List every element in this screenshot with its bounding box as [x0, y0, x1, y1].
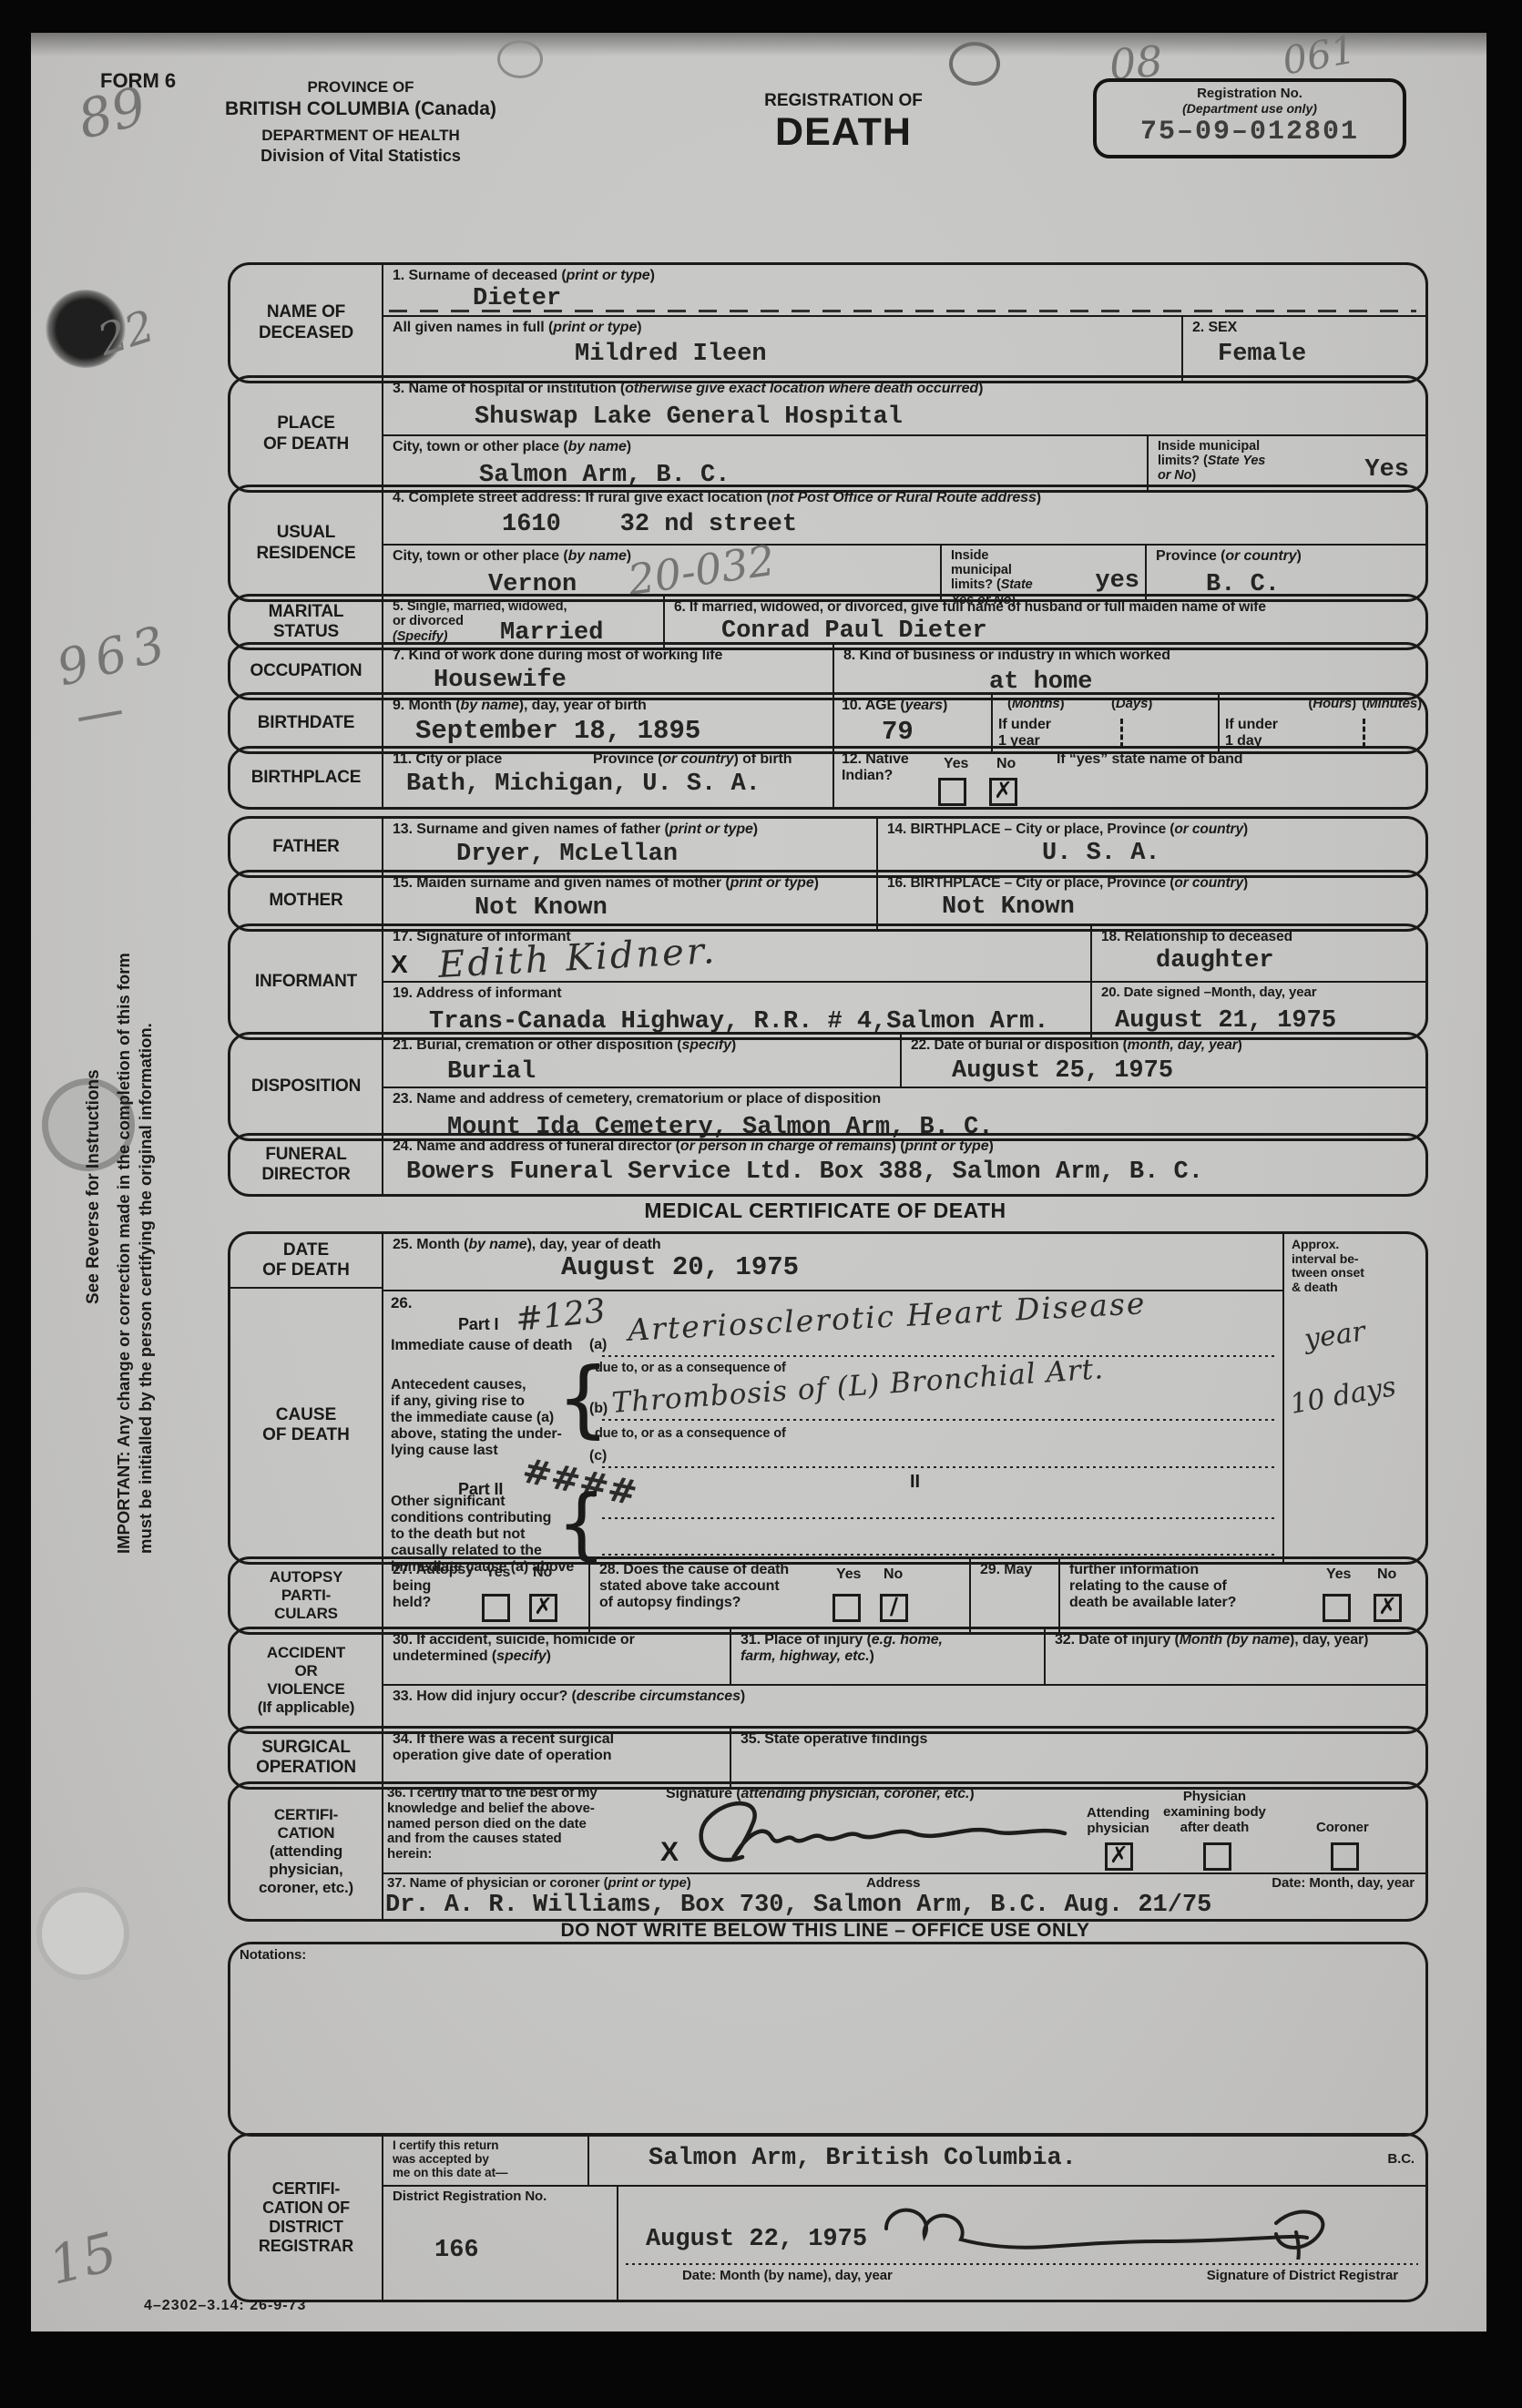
date-of-death-value: August 20, 1975: [561, 1254, 799, 1281]
date-of-death-label: 25. Month (by name), day, year of death: [393, 1237, 661, 1252]
field-province: Province (or country) B. C.: [1145, 546, 1425, 599]
date-signed-value: August 21, 1975: [1115, 1008, 1420, 1034]
if-under-day: If under 1 day: [1225, 717, 1420, 750]
municipal-limits-label: Inside municipal limits? (State Yes or N…: [1158, 439, 1272, 484]
dotted-line-part2b: [602, 1554, 1274, 1556]
date-signed-label: 20. Date signed –Month, day, year: [1101, 985, 1420, 1001]
side-label-disposition: DISPOSITION: [230, 1035, 383, 1138]
registrar-signature: [864, 2189, 1374, 2260]
section-funeral-director: FUNERAL DIRECTOR 24. Name and address of…: [228, 1133, 1428, 1197]
if-under-year: If under 1 year: [998, 717, 1212, 750]
side-label-father: FATHER: [230, 819, 383, 875]
age-value: 79: [882, 719, 914, 746]
side-label-funeral: FUNERAL DIRECTOR: [230, 1136, 383, 1194]
injury-date-label: 32. Date of injury (Month (by name), day…: [1055, 1632, 1420, 1648]
physician-signature: [688, 1793, 1079, 1870]
dashed-divider: [1363, 719, 1365, 748]
industry-label: 8. Kind of business or industry in which…: [843, 648, 1420, 664]
punch-hole-top-left: [497, 40, 543, 78]
section-usual-residence: USUAL RESIDENCE 4. Complete street addre…: [228, 485, 1428, 602]
field-date-signed: 20. Date signed –Month, day, year August…: [1090, 983, 1425, 1037]
checkbox-mark: ✗: [1109, 1842, 1129, 1868]
surname-value: Dieter: [473, 286, 1420, 311]
funeral-director-label: 24. Name and address of funeral director…: [393, 1138, 1420, 1155]
date-label: Date: Month, day, year: [1272, 1876, 1415, 1892]
days-header: (Days): [1111, 697, 1152, 712]
field-cause-of-death: 26. Part I #123 Immediate cause of death…: [383, 1291, 1282, 1562]
form-code: 4–2302–3.14: 26-9-73: [144, 2298, 306, 2314]
checkbox-mark: ∕: [890, 1593, 898, 1619]
dotted-line-b: [602, 1419, 1274, 1421]
dashed-divider: [1120, 719, 1123, 748]
field-accident-type: 30. If accident, suicide, homicide or un…: [383, 1629, 730, 1684]
municipal-limits-value: Yes: [1364, 457, 1409, 483]
birthplace-label: 11. City or place: [393, 751, 502, 767]
field-burial-date: 22. Date of burial or disposition (month…: [900, 1035, 1425, 1087]
punch-hole-top-right: [949, 42, 1000, 86]
field-autopsy-held: 27. Autopsy being held? Yes No ✗: [383, 1559, 588, 1632]
field-operation-date: 34. If there was a recent surgical opera…: [383, 1729, 730, 1787]
immediate-cause-handwritten: Arteriosclerotic Heart Disease: [627, 1285, 1147, 1348]
side-label-birthdate: BIRTHDATE: [230, 695, 383, 751]
cemetery-label: 23. Name and address of cemetery, cremat…: [393, 1091, 1420, 1107]
notations-box: Notations:: [230, 1944, 1425, 2134]
field-injury-place: 31. Place of injury (e.g. home, farm, hi…: [730, 1629, 1044, 1684]
father-label: 13. Surname and given names of father (p…: [393, 821, 871, 838]
registrar-date-label: Date: Month (by name), day, year: [682, 2269, 893, 2284]
yes-label: Yes: [485, 1565, 510, 1581]
side-label-accident: ACCIDENT OR VIOLENCE (If applicable): [230, 1629, 383, 1731]
signature-x: X: [660, 1837, 679, 1868]
field-mother-name: 15. Maiden surname and given names of mo…: [383, 872, 876, 929]
section-medical-certificate: DATE OF DEATH CAUSE OF DEATH 25. Month (…: [228, 1231, 1428, 1565]
checkbox-mark: ✗: [994, 777, 1013, 803]
due-to-1: due to, or as a consequence of: [595, 1361, 786, 1375]
no-label: No: [884, 1566, 903, 1583]
field-mother-birthplace: 16. BIRTHPLACE – City or place, Province…: [876, 872, 1425, 929]
no-label: No: [996, 756, 1016, 772]
province-of: PROVINCE OF: [208, 78, 514, 97]
band-label: If “yes” state name of band: [1057, 751, 1242, 768]
accepted-place-value: Salmon Arm, British Columbia.: [649, 2146, 1420, 2171]
field-relationship: 18. Relationship to deceased daughter: [1090, 926, 1425, 981]
industry-value: at home: [989, 669, 1420, 695]
province-name: BRITISH COLUMBIA (Canada): [208, 98, 514, 120]
immediate-cause-label: Immediate cause of death: [391, 1337, 572, 1353]
sex-label: 2. SEX: [1192, 320, 1420, 336]
field-informant-address: 19. Address of informant Trans-Canada Hi…: [383, 983, 1425, 1037]
coroner-checkbox: [1331, 1842, 1359, 1871]
section-surgical-operation: SURGICAL OPERATION 34. If there was a re…: [228, 1726, 1428, 1790]
section-mother: MOTHER 15. Maiden surname and given name…: [228, 870, 1428, 932]
age-label: 10. AGE (years): [842, 698, 947, 713]
field-hospital: 3. Name of hospital or institution (othe…: [383, 378, 1425, 436]
birthdate-value: September 18, 1895: [415, 718, 827, 745]
burial-date-value: August 25, 1975: [952, 1058, 1420, 1084]
birthplace-value: Bath, Michigan, U. S. A.: [406, 771, 827, 797]
checkbox-mark: ✗: [534, 1593, 553, 1619]
yes-label: Yes: [1326, 1566, 1351, 1583]
registration-of: REGISTRATION OF: [742, 91, 945, 111]
autopsy-yes-checkbox: [482, 1594, 510, 1622]
mother-birthplace-value: Not Known: [942, 894, 1420, 920]
scanned-death-registration: FORM 6 89 PROVINCE OF BRITISH COLUMBIA (…: [0, 0, 1522, 2408]
occupation-value: Housewife: [434, 668, 827, 693]
injury-place-label: 31. Place of injury (e.g. home, farm, hi…: [741, 1632, 1038, 1665]
given-names-value: Mildred Ileen: [575, 342, 1176, 367]
hours-header: (Hours): [1308, 697, 1356, 712]
section-accident-violence: ACCIDENT OR VIOLENCE (If applicable) 30.…: [228, 1627, 1428, 1734]
registrar-signature-label: Signature of District Registrar: [1207, 2269, 1398, 2284]
relationship-value: daughter: [1156, 948, 1420, 974]
death-city-label: City, town or other place (by name): [393, 439, 1141, 455]
part1-handwritten-code: #123: [514, 1292, 608, 1339]
field-accepted-at: I certify this return was accepted by me…: [383, 2136, 1425, 2187]
accident-type-label: 30. If accident, suicide, homicide or un…: [393, 1632, 724, 1665]
spouse-label: 6. If married, widowed, or divorced, giv…: [674, 599, 1420, 615]
sex-value: Female: [1218, 342, 1420, 367]
field-injury-circumstances: 33. How did injury occur? (describe circ…: [383, 1686, 1425, 1731]
section-birthdate: BIRTHDATE 9. Month (by name), day, year …: [228, 692, 1428, 754]
native-yes-checkbox: [938, 778, 966, 806]
see-reverse-note: See Reverse for Instructions: [84, 1069, 104, 1304]
field-physician-certify: 36. I certify that to the best of my kno…: [383, 1784, 1425, 1872]
side-label-occupation: OCCUPATION: [230, 645, 383, 698]
disposition-value: Burial: [447, 1059, 894, 1085]
burial-date-label: 22. Date of burial or disposition (month…: [911, 1037, 1420, 1053]
attending-checkbox: ✗: [1105, 1842, 1133, 1871]
section-father: FATHER 13. Surname and given names of fa…: [228, 816, 1428, 878]
address-label: Address: [866, 1876, 920, 1892]
birthplace-label2: Province (or country) of birth: [593, 751, 792, 768]
minutes-header: (Minutes): [1362, 697, 1422, 712]
field-operative-findings: 35. State operative findings: [730, 1729, 1425, 1787]
informant-address-value: Trans-Canada Highway, R.R. # 4,Salmon Ar…: [429, 1009, 1085, 1035]
section-informant: INFORMANT 17. Signature of informant X E…: [228, 923, 1428, 1040]
field-informant-signature: 17. Signature of informant X Edith Kidne…: [383, 926, 1425, 983]
section-place-of-death: PLACE OF DEATH 3. Name of hospital or in…: [228, 375, 1428, 493]
field-industry: 8. Kind of business or industry in which…: [833, 645, 1425, 698]
registration-no-label: Registration No.: [1097, 86, 1403, 101]
operative-findings-label: 35. State operative findings: [741, 1731, 1420, 1748]
field-spouse: 6. If married, widowed, or divorced, giv…: [663, 597, 1425, 648]
section-certification: CERTIFI- CATION (attending physician, co…: [228, 1781, 1428, 1922]
field-death-city: City, town or other place (by name) Salm…: [383, 436, 1425, 490]
field-physician-name: 37. Name of physician or coroner (print …: [383, 1874, 1425, 1919]
operation-date-label: 34. If there was a recent surgical opera…: [393, 1731, 724, 1764]
accepted-date-value: August 22, 1975: [646, 2227, 867, 2252]
further-yes-checkbox: [1323, 1594, 1351, 1622]
side-label-registrar: CERTIFI- CATION OF DISTRICT REGISTRAR: [230, 2136, 383, 2300]
hospital-label: 3. Name of hospital or institution (othe…: [393, 381, 1420, 397]
birthdate-label: 9. Month (by name), day, year of birth: [393, 698, 827, 714]
field-municipal-limits-death: Inside municipal limits? (State Yes or N…: [1147, 436, 1425, 490]
surname-label: 1. Surname of deceased (print or type): [393, 268, 1420, 284]
hospital-value: Shuswap Lake General Hospital: [475, 404, 1420, 430]
section-autopsy: AUTOPSY PARTI- CULARS 27. Autopsy being …: [228, 1556, 1428, 1635]
field-given-names: All given names in full (print or type) …: [383, 317, 1425, 381]
examining-physician-label: Physician examining body after death: [1163, 1790, 1266, 1835]
physician-name-value: Dr. A. R. Williams, Box 730, Salmon Arm,…: [385, 1893, 1211, 1918]
yes-label: Yes: [836, 1566, 861, 1583]
punch-hole-left-bottom: [36, 1887, 129, 1980]
no-label: No: [533, 1565, 552, 1581]
mother-label: 15. Maiden surname and given names of mo…: [393, 875, 871, 892]
physician-name-label: 37. Name of physician or coroner (print …: [387, 1876, 691, 1892]
field-date-of-death: 25. Month (by name), day, year of death …: [383, 1234, 1282, 1291]
due-to-2: due to, or as a consequence of: [595, 1426, 786, 1441]
relationship-label: 18. Relationship to deceased: [1101, 929, 1420, 944]
given-names-label: All given names in full (print or type): [393, 320, 1176, 336]
side-label-place: PLACE OF DEATH: [230, 378, 383, 490]
side-label-date-of-death: DATE OF DEATH: [230, 1234, 382, 1289]
brace-part2: {: [557, 1485, 607, 1563]
side-label-mother: MOTHER: [230, 872, 383, 929]
checkbox-mark: ✗: [1378, 1593, 1397, 1619]
side-label-marital: MARITAL STATUS: [230, 597, 383, 648]
line-c-label: (c): [589, 1448, 607, 1464]
agency-block: PROVINCE OF BRITISH COLUMBIA (Canada) DE…: [208, 78, 514, 166]
section-district-registrar: CERTIFI- CATION OF DISTRICT REGISTRAR I …: [228, 2133, 1428, 2302]
further-info-label-a: 29. May: [980, 1562, 1053, 1578]
father-value: Dryer, McLellan: [456, 842, 871, 867]
street-address-value: 1610 32 nd street: [502, 512, 1420, 537]
antecedent-label: Antecedent causes, if any, giving rise t…: [391, 1377, 562, 1459]
funeral-director-value: Bowers Funeral Service Ltd. Box 388, Sal…: [406, 1159, 1420, 1185]
field-district-registration: District Registration No. 166 August 22,…: [383, 2187, 1425, 2300]
office-use-line: DO NOT WRITE BELOW THIS LINE – OFFICE US…: [228, 1920, 1423, 1942]
interval-header: Approx. interval be- tween onset & death: [1284, 1234, 1425, 1295]
findings-no-checkbox: ∕: [880, 1594, 908, 1622]
informant-address-label: 19. Address of informant: [393, 985, 1085, 1002]
field-occupation: 7. Kind of work done during most of work…: [383, 645, 833, 698]
field-funeral-director: 24. Name and address of funeral director…: [383, 1136, 1425, 1194]
native-no-checkbox: ✗: [989, 778, 1017, 806]
examining-checkbox: [1203, 1842, 1231, 1871]
bc-label: B.C.: [1387, 2152, 1415, 2168]
side-label-informant: INFORMANT: [230, 926, 383, 1037]
accepted-statement: I certify this return was accepted by me…: [393, 2138, 582, 2179]
section-name-of-deceased: NAME OF DECEASED 1. Surname of deceased …: [228, 262, 1428, 383]
section-birthplace: BIRTHPLACE 11. City or place Province (o…: [228, 746, 1428, 810]
cause-number: 26.: [391, 1294, 412, 1311]
occupation-label: 7. Kind of work done during most of work…: [393, 648, 827, 664]
field-father-name: 13. Surname and given names of father (p…: [383, 819, 876, 875]
field-birthdate: 9. Month (by name), day, year of birth S…: [383, 695, 833, 751]
dotted-line-a: [602, 1355, 1274, 1357]
registration-number-box: Registration No. (Department use only) 7…: [1093, 78, 1406, 158]
spouse-value: Conrad Paul Dieter: [721, 618, 1420, 644]
division: Division of Vital Statistics: [208, 147, 514, 166]
signature-x: X: [391, 950, 408, 979]
interval-column: Approx. interval be- tween onset & death…: [1282, 1234, 1425, 1562]
no-label: No: [1377, 1566, 1396, 1583]
findings-yes-checkbox: [833, 1594, 861, 1622]
attending-physician-label: Attending physician: [1087, 1806, 1149, 1837]
important-note: IMPORTANT: Any change or correction made…: [113, 953, 157, 1554]
department: DEPARTMENT OF HEALTH: [208, 127, 514, 145]
side-label-name: NAME OF DECEASED: [230, 265, 383, 381]
side-label-certification: CERTIFI- CATION (attending physician, co…: [230, 1784, 383, 1919]
mother-value: Not Known: [475, 895, 871, 921]
autopsy-findings-label: 28. Does the cause of death stated above…: [599, 1562, 829, 1611]
father-birthplace-value: U. S. A.: [1042, 841, 1420, 866]
part1-label: Part I: [458, 1315, 498, 1333]
field-marital: 5. Single, married, widowed, or divorced…: [383, 597, 663, 648]
medical-certificate-heading: MEDICAL CERTIFICATE OF DEATH: [228, 1199, 1423, 1223]
section-disposition: DISPOSITION 21. Burial, cremation or oth…: [228, 1032, 1428, 1141]
interval-b-handwritten: 10 days: [1288, 1371, 1398, 1421]
field-municipal-limits-residence: Inside municipal limits? (State Yes or N…: [940, 546, 1145, 599]
field-age: 10. AGE (years) 79 (Months) (Days) If un…: [833, 695, 1425, 751]
coroner-label: Coroner: [1316, 1821, 1369, 1836]
field-residence-city: City, town or other place (by name) Vern…: [383, 546, 1425, 599]
registrar-signature-area: August 22, 1975 Date: Month (by name), d…: [617, 2187, 1425, 2300]
notations-label: Notations:: [240, 1947, 306, 1963]
injury-circumstances-label: 33. How did injury occur? (describe circ…: [393, 1689, 1420, 1705]
province-label: Province (or country): [1156, 548, 1420, 565]
months-header: (Months): [1007, 697, 1065, 712]
side-label-autopsy: AUTOPSY PARTI- CULARS: [230, 1559, 383, 1632]
certify-statement: 36. I certify that to the best of my kno…: [387, 1786, 598, 1862]
side-label-cause: CAUSE OF DEATH: [230, 1289, 382, 1562]
native-indian-label: 12. Native Indian?: [842, 751, 909, 784]
side-label-surgical: SURGICAL OPERATION: [230, 1729, 383, 1787]
field-surname: 1. Surname of deceased (print or type) D…: [383, 265, 1425, 317]
field-injury-date: 32. Date of injury (Month (by name), day…: [1044, 1629, 1425, 1684]
side-label-birthplace: BIRTHPLACE: [230, 749, 383, 807]
field-cemetery: 23. Name and address of cemetery, cremat…: [383, 1088, 1425, 1138]
field-street-address: 4. Complete street address: If rural giv…: [383, 487, 1425, 546]
field-sex: 2. SEX Female: [1181, 317, 1425, 381]
section-notations: Notations:: [228, 1942, 1428, 2137]
roman-two: II: [910, 1472, 920, 1492]
dotted-line-part2a: [602, 1517, 1274, 1519]
dashed-line: [389, 310, 1416, 312]
autopsy-held-label: 27. Autopsy being held?: [393, 1562, 484, 1611]
side-label-residence: USUAL RESIDENCE: [230, 487, 383, 599]
interval-a-handwritten: year: [1302, 1316, 1367, 1356]
disposition-label: 21. Burial, cremation or other dispositi…: [393, 1037, 894, 1054]
street-address-label: 4. Complete street address: If rural giv…: [393, 490, 1420, 506]
field-autopsy-findings: 28. Does the cause of death stated above…: [588, 1559, 969, 1632]
field-further-info-a: 29. May: [969, 1559, 1058, 1632]
autopsy-no-checkbox: ✗: [529, 1594, 557, 1622]
dotted-line-registrar: [626, 2263, 1418, 2265]
field-birthplace: 11. City or place Province (or country) …: [383, 749, 833, 807]
further-info-label-b: further information relating to the caus…: [1069, 1562, 1288, 1611]
field-father-birthplace: 14. BIRTHPLACE – City or place, Province…: [876, 819, 1425, 875]
death-title: DEATH: [742, 110, 945, 155]
registration-no-sublabel: (Department use only): [1097, 101, 1403, 116]
mother-birthplace-label: 16. BIRTHPLACE – City or place, Province…: [887, 875, 1420, 891]
line-b-label: (b): [589, 1401, 608, 1417]
field-disposition-type: 21. Burial, cremation or other dispositi…: [383, 1035, 1425, 1088]
municipal-limits2-value: yes: [1095, 568, 1139, 594]
field-native-indian: 12. Native Indian? Yes No ✗ If “yes” sta…: [833, 749, 1425, 807]
district-reg-no-label: District Registration No.: [393, 2189, 611, 2205]
field-further-info-b: further information relating to the caus…: [1058, 1559, 1425, 1632]
dotted-line-c: [602, 1466, 1274, 1468]
registration-number: 75–09–012801: [1097, 118, 1403, 148]
district-reg-no-value: 166: [434, 2238, 611, 2263]
yes-label: Yes: [944, 756, 968, 772]
further-no-checkbox: ✗: [1374, 1594, 1402, 1622]
father-birthplace-label: 14. BIRTHPLACE – City or place, Province…: [887, 821, 1420, 837]
